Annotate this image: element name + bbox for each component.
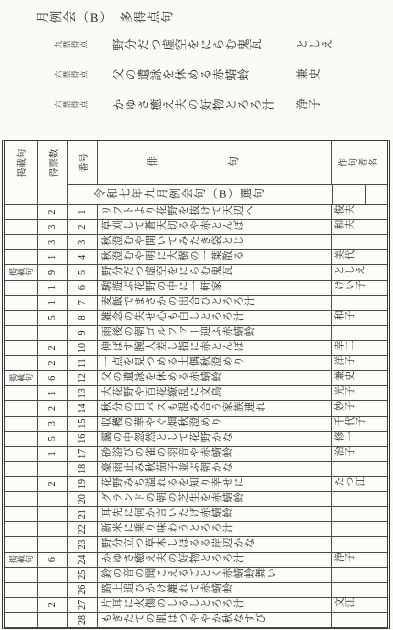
haiku-cell-text: 秋分の日バスも混み合う家族連れ	[101, 403, 266, 414]
entry-column: 26路上追ひかけ離れて赤蜻蛉	[5, 583, 387, 598]
entry-column: 21耳先に何か言いたげ赤蜻蛉	[5, 507, 387, 522]
published-cell	[5, 522, 38, 537]
author-cell: 和夫	[332, 220, 387, 235]
haiku-cell-text: 秋澄むや明に大樹の一葉散る	[101, 252, 244, 263]
author-cell-text: 文江	[334, 600, 355, 610]
votes-cell-text: 1	[47, 285, 58, 290]
haiku-cell-text: 父の遺詠を休める赤蜻蛉	[101, 373, 222, 384]
published-cell-text: 掲載句	[9, 556, 33, 564]
page-title: 月例会（B） 多得点句	[36, 9, 174, 27]
votes-cell: 3	[38, 417, 68, 432]
votes-cell-text: 5	[47, 315, 58, 320]
author-cell	[332, 296, 387, 311]
author-cell-text: としえ	[334, 268, 366, 278]
empty-split-cell	[333, 185, 387, 205]
number-cell: 22	[68, 522, 98, 537]
haiku-cell: 砂浴びの雀の羽音や赤蜻蛉	[98, 447, 332, 462]
number-cell: 4	[68, 250, 98, 265]
number-cell-text: 5	[77, 270, 88, 275]
published-cell	[5, 613, 38, 628]
haiku-cell: グランドの朝の芝生を赤蜻蛉	[98, 492, 332, 507]
votes-cell: 2	[38, 401, 68, 416]
entry-column: 315収穫の華やぐ畑秋澄めり千代子	[5, 417, 387, 432]
haiku-cell-text: 大花野や百花繚乱に文鳥	[101, 388, 222, 399]
number-cell: 11	[68, 356, 98, 371]
author-cell	[332, 613, 387, 628]
votes-cell-text: 2	[47, 602, 58, 607]
author-cell-text: 和子	[334, 313, 355, 323]
header-haiku: 俳 句	[98, 141, 332, 185]
number-cell: 26	[68, 583, 98, 598]
entry-column: 21リフトより花野を抜けて天辺へ俊夫	[5, 205, 387, 220]
entry-column: 32草刈して蒼天切るや赤とんぼ和夫	[5, 220, 387, 235]
author-cell	[332, 568, 387, 583]
author-cell: としえ	[332, 265, 387, 280]
votes-cell	[38, 613, 68, 628]
haiku-cell-text: 新米に乗り味わうとろろ汁	[101, 524, 233, 535]
published-cell: 掲載句	[5, 371, 38, 386]
entry-column: 16駒遊ぶ花野の中に一軒家けい子	[5, 281, 387, 296]
haiku-cell-text: リフトより花野を抜けて天辺へ	[101, 207, 255, 218]
haiku-cell-text: 路上追ひかけ離れて赤蜻蛉	[101, 585, 233, 596]
votes-cell	[38, 583, 68, 598]
votes-cell: 2	[38, 205, 68, 220]
number-cell-text: 2	[77, 225, 88, 230]
author-cell	[332, 522, 387, 537]
number-cell: 3	[68, 235, 98, 250]
votes-cell: 2	[38, 341, 68, 356]
published-cell	[5, 401, 38, 416]
entry-column: 117砂浴びの雀の羽音や赤蜻蛉治子	[5, 447, 387, 462]
haiku-cell-text: 花野みち溢れるを知り幸せに	[101, 479, 244, 490]
entry-column: 17麦飯でまさかの出合ひとろろ汁	[5, 296, 387, 311]
author-cell	[332, 583, 387, 598]
published-cell	[5, 477, 38, 492]
number-cell: 9	[68, 326, 98, 341]
entry-column: 214秋分の日バスも混み合う家族連れ妙子	[5, 401, 387, 416]
author-cell-text: 洋子	[334, 358, 355, 368]
number-cell: 21	[68, 507, 98, 522]
votes-cell	[38, 568, 68, 583]
haiku-cell: 路上追ひかけ離れて赤蜻蛉	[98, 583, 332, 598]
published-cell	[5, 326, 38, 341]
published-cell	[5, 235, 38, 250]
number-cell: 5	[68, 265, 98, 280]
number-cell-text: 24	[77, 555, 88, 565]
haiku-text: 父の遺詠を休める赤蜻蛉	[112, 66, 250, 83]
votes-cell-text: 3	[47, 225, 58, 230]
haiku-cell-text: 鈴の音の聞こえるごとく赤蜻蛉舞い	[101, 569, 277, 580]
haiku-text: 野分だつ虚空をにらむ鬼瓦	[112, 36, 262, 53]
haiku-cell-text: 野分だつ虚空をにらむ鬼瓦	[101, 267, 233, 278]
number-cell-text: 15	[77, 419, 88, 429]
number-cell-text: 13	[77, 388, 88, 398]
author-cell: 浄子	[332, 553, 387, 568]
published-cell	[5, 220, 38, 235]
votes-cell-text: 1	[47, 451, 58, 456]
header-number: 番号	[68, 141, 98, 185]
author-cell-text: 治子	[334, 449, 355, 459]
haiku-cell: 草刈して蒼天切るや赤とんぼ	[98, 220, 332, 235]
published-cell	[5, 341, 38, 356]
author-cell-text: 兼史	[334, 373, 355, 383]
votes-cell	[38, 507, 68, 522]
published-cell	[5, 568, 38, 583]
votes-cell: 3	[38, 220, 68, 235]
number-cell-text: 3	[77, 240, 88, 245]
header-column: 掲載句 得票数 番号 俳 句 作句者名	[5, 141, 387, 185]
entry-column: 211一点を見つめる土偶秋澄めり洋子	[5, 356, 387, 371]
number-cell: 16	[68, 432, 98, 447]
haiku-cell: 靄の中忽然として花野かな	[98, 432, 332, 447]
haiku-cell: 花野みち溢れるを知り幸せに	[98, 477, 332, 492]
haiku-cell: 豪雨止み秋茄子並ぶ朝かな	[98, 462, 332, 477]
top-haiku-line: 九票得点 野分だつ虚空をにらむ鬼瓦 としえ	[40, 32, 360, 58]
number-cell-text: 1	[77, 210, 88, 215]
votes-cell-text: 5	[47, 436, 58, 441]
entry-column: 14秋澄むや明に大樹の一葉散る美代	[5, 250, 387, 265]
number-cell-text: 14	[77, 403, 88, 413]
author-cell-text: 浄子	[334, 555, 355, 565]
haiku-cell: 父の遺詠を休める赤蜻蛉	[98, 371, 332, 386]
session-title-cell: 令和七年九月例会句（B）選句	[68, 185, 333, 205]
entry-column: 23野分立つ草木しほるる岸辺かな	[5, 537, 387, 552]
number-cell: 18	[68, 462, 98, 477]
haiku-cell: 耳先に何か言いたげ赤蜻蛉	[98, 507, 332, 522]
header-number-label: 番号	[76, 153, 90, 172]
number-cell-text: 22	[77, 524, 88, 534]
haiku-cell-text: 雨後の朝ゴルファー迎ふ赤蜻蛉	[101, 328, 255, 339]
author-cell	[332, 507, 387, 522]
haiku-author: 浄子	[296, 97, 321, 113]
number-cell: 19	[68, 477, 98, 492]
number-cell-text: 7	[77, 300, 88, 305]
haiku-cell: 雑念の失せ心も白しとろろ汁	[98, 311, 332, 326]
votes-cell: 2	[38, 356, 68, 371]
published-cell	[5, 432, 38, 447]
header-author-label: 作句者名	[334, 156, 378, 169]
haiku-cell: 雨後の朝ゴルファー迎ふ赤蜻蛉	[98, 326, 332, 341]
published-cell	[5, 537, 38, 552]
number-cell-text: 6	[77, 285, 88, 290]
votes-cell: 1	[38, 281, 68, 296]
author-cell-text: 幸二	[334, 343, 355, 353]
haiku-cell-text: 野分立つ草木しほるる岸辺かな	[101, 539, 255, 550]
votes-cell-text: 2	[47, 346, 58, 351]
author-cell	[332, 492, 387, 507]
empty-cell	[5, 185, 38, 205]
haiku-text: かゆさ癒え夫の好物とろろ汁	[112, 96, 275, 113]
number-cell: 13	[68, 386, 98, 401]
votes-cell: 2	[38, 598, 68, 613]
entry-column: 掲載句624かゆさ癒え夫の好物とろろ汁浄子	[5, 553, 387, 568]
haiku-cell-text: かゆさ癒え夫の好物とろろ汁	[101, 554, 244, 565]
published-cell	[5, 447, 38, 462]
haiku-cell: 片耳に火傷のしるしとろろ汁	[98, 598, 332, 613]
number-cell: 7	[68, 296, 98, 311]
haiku-cell: 鈴の音の聞こえるごとく赤蜻蛉舞い	[98, 568, 332, 583]
published-cell	[5, 598, 38, 613]
entry-column: 掲載句612父の遺詠を休める赤蜻蛉兼史	[5, 371, 387, 386]
author-cell	[332, 326, 387, 341]
haiku-cell: 大花野や百花繚乱に文鳥	[98, 386, 332, 401]
published-cell: 掲載句	[5, 265, 38, 280]
number-cell-text: 23	[77, 539, 88, 549]
published-cell-text: 掲載句	[9, 374, 33, 382]
number-cell-text: 18	[77, 464, 88, 474]
author-cell-text: 千代子	[334, 419, 366, 429]
votes-cell: 9	[38, 265, 68, 280]
haiku-cell: 秋分の日バスも混み合う家族連れ	[98, 401, 332, 416]
author-cell: 兼史	[332, 371, 387, 386]
number-cell: 14	[68, 401, 98, 416]
published-cell	[5, 492, 38, 507]
votes-cell: 1	[38, 447, 68, 462]
number-cell-text: 16	[77, 434, 88, 444]
author-cell: 妙子	[332, 401, 387, 416]
entry-column: 219花野みち溢れるを知り幸せにたつ江	[5, 477, 387, 492]
haiku-cell-text: 駒遊ぶ花野の中に一軒家	[101, 282, 222, 293]
haiku-cell: 秋澄むや明に大樹の一葉散る	[98, 250, 332, 265]
number-cell-text: 9	[77, 330, 88, 335]
top-haiku-line: 六票得点 かゆさ癒え夫の好物とろろ汁 浄子	[40, 92, 360, 118]
number-cell: 1	[68, 205, 98, 220]
number-cell-text: 8	[77, 315, 88, 320]
author-cell-text: 俊夫	[334, 207, 355, 217]
number-cell: 25	[68, 568, 98, 583]
votes-cell	[38, 492, 68, 507]
votes-cell	[38, 537, 68, 552]
haiku-cell-text: 雑念の失せ心も白しとろろ汁	[101, 313, 244, 324]
published-cell	[5, 462, 38, 477]
author-cell-text: 修一	[334, 434, 355, 444]
author-cell: 千代子	[332, 417, 387, 432]
haiku-author: 兼史	[296, 67, 321, 83]
published-cell	[5, 386, 38, 401]
votes-cell: 6	[38, 371, 68, 386]
number-cell-text: 28	[77, 615, 88, 625]
votes-cell: 1	[38, 296, 68, 311]
entry-column: 227片耳に火傷のしるしとろろ汁文江	[5, 598, 387, 613]
haiku-cell-text: 一点を見つめる土偶秋澄めり	[101, 358, 244, 369]
votes-cell	[38, 326, 68, 341]
votes-cell-text: 6	[47, 376, 58, 381]
haiku-cell-text: もぎたての肌はつややか秋なすび	[101, 615, 266, 626]
entry-column: 516靄の中忽然として花野かな修一	[5, 432, 387, 447]
author-cell	[332, 462, 387, 477]
score-label: 九票得点	[54, 39, 88, 50]
votes-cell-text: 9	[47, 270, 58, 275]
haiku-cell: 一点を見つめる土偶秋澄めり	[98, 356, 332, 371]
author-cell	[332, 235, 387, 250]
number-cell: 24	[68, 553, 98, 568]
haiku-cell-text: 耳先に何か言いたげ赤蜻蛉	[101, 509, 233, 520]
votes-cell: 3	[38, 235, 68, 250]
number-cell: 2	[68, 220, 98, 235]
number-cell: 12	[68, 371, 98, 386]
rotated-document: 月例会（B） 多得点句 九票得点 野分だつ虚空をにらむ鬼瓦 としえ 六票得点 父…	[0, 0, 393, 630]
header-votes-label: 得票数	[46, 149, 60, 178]
author-cell-text: 光子	[334, 388, 355, 398]
author-cell: 俊夫	[332, 205, 387, 220]
author-cell	[332, 537, 387, 552]
haiku-cell: 駒遊ぶ花野の中に一軒家	[98, 281, 332, 296]
number-cell-text: 25	[77, 570, 88, 580]
published-cell	[5, 356, 38, 371]
number-cell: 20	[68, 492, 98, 507]
votes-cell-text: 3	[47, 421, 58, 426]
votes-cell-text: 2	[47, 361, 58, 366]
author-cell: けい子	[332, 281, 387, 296]
entry-column: 58雑念の失せ心も白しとろろ汁和子	[5, 311, 387, 326]
empty-cell	[38, 185, 68, 205]
author-cell-text: 妙子	[334, 403, 355, 413]
number-cell: 10	[68, 341, 98, 356]
number-cell-text: 12	[77, 373, 88, 383]
votes-cell-text: 2	[47, 406, 58, 411]
published-cell: 掲載句	[5, 553, 38, 568]
header-haiku-label: 俳 句	[101, 155, 269, 170]
author-cell: 幸二	[332, 341, 387, 356]
author-cell: 修一	[332, 432, 387, 447]
entry-column: 33秋澄むや開いてみたき袋とじ	[5, 235, 387, 250]
votes-cell: 6	[38, 553, 68, 568]
haiku-cell: 野分だつ虚空をにらむ鬼瓦	[98, 265, 332, 280]
number-cell: 6	[68, 281, 98, 296]
haiku-cell-text: グランドの朝の芝生を赤蜻蛉	[101, 494, 244, 505]
published-cell	[5, 250, 38, 265]
haiku-cell-text: 靄の中忽然として花野かな	[101, 433, 233, 444]
number-cell-text: 17	[77, 449, 88, 459]
entry-column: 20グランドの朝の芝生を赤蜻蛉	[5, 492, 387, 507]
author-cell: 美代	[332, 250, 387, 265]
number-cell-text: 4	[77, 255, 88, 260]
author-cell: たつ江	[332, 477, 387, 492]
haiku-cell-text: 豪雨止み秋茄子並ぶ朝かな	[101, 464, 233, 475]
published-cell	[5, 583, 38, 598]
haiku-cell: リフトより花野を抜けて天辺へ	[98, 205, 332, 220]
published-cell	[5, 205, 38, 220]
published-cell	[5, 417, 38, 432]
entry-column: 210伸ばす腕人差し指に赤とんぼ幸二	[5, 341, 387, 356]
votes-cell-text: 3	[47, 240, 58, 245]
haiku-cell: 伸ばす腕人差し指に赤とんぼ	[98, 341, 332, 356]
author-cell: 光子	[332, 386, 387, 401]
published-cell-text: 掲載句	[9, 269, 33, 277]
author-cell-text: 和夫	[334, 222, 355, 232]
haiku-cell-text: 片耳に火傷のしるしとろろ汁	[101, 600, 244, 611]
number-cell-text: 21	[77, 509, 88, 519]
haiku-cell: 麦飯でまさかの出合ひとろろ汁	[98, 296, 332, 311]
score-label: 六票得点	[54, 69, 88, 80]
number-cell-text: 11	[77, 358, 88, 368]
votes-cell: 1	[38, 386, 68, 401]
number-cell: 8	[68, 311, 98, 326]
votes-cell: 5	[38, 432, 68, 447]
votes-cell	[38, 522, 68, 537]
votes-cell: 5	[38, 311, 68, 326]
haiku-cell-text: 草刈して蒼天切るや赤とんぼ	[101, 222, 244, 233]
haiku-cell: 収穫の華やぐ畑秋澄めり	[98, 417, 332, 432]
author-cell: 和子	[332, 311, 387, 326]
votes-cell-text: 1	[47, 300, 58, 305]
number-cell: 17	[68, 447, 98, 462]
haiku-cell-text: 麦飯でまさかの出合ひとろろ汁	[101, 297, 255, 308]
votes-cell-text: 2	[47, 210, 58, 215]
number-cell-text: 27	[77, 600, 88, 610]
author-cell-text: 美代	[334, 252, 355, 262]
haiku-author: としえ	[296, 37, 334, 53]
header-published: 掲載句	[5, 141, 38, 185]
entry-column: 28もぎたての肌はつややか秋なすび	[5, 613, 387, 628]
author-cell-text: たつ江	[334, 479, 366, 489]
author-cell: 治子	[332, 447, 387, 462]
number-cell: 15	[68, 417, 98, 432]
header-votes: 得票数	[38, 141, 68, 185]
header-published-label: 掲載句	[14, 149, 28, 178]
entry-column: 113大花野や百花繚乱に文鳥光子	[5, 386, 387, 401]
score-label: 六票得点	[54, 99, 88, 110]
session-title-text: 令和七年九月例会句（B）選句	[94, 187, 265, 203]
session-title-column: 令和七年九月例会句（B）選句	[5, 185, 387, 205]
number-cell-text: 26	[77, 585, 88, 595]
haiku-cell-text: 伸ばす腕人差し指に赤とんぼ	[101, 343, 244, 354]
header-author: 作句者名	[332, 141, 387, 185]
votes-cell-text: 1	[47, 255, 58, 260]
haiku-cell: 野分立つ草木しほるる岸辺かな	[98, 537, 332, 552]
haiku-cell: 秋澄むや開いてみたき袋とじ	[98, 235, 332, 250]
votes-cell-text: 1	[47, 391, 58, 396]
entry-column: 22新米に乗り味わうとろろ汁	[5, 522, 387, 537]
votes-cell: 1	[38, 250, 68, 265]
entry-column: 掲載句95野分だつ虚空をにらむ鬼瓦としえ	[5, 265, 387, 280]
votes-cell-text: 6	[47, 557, 58, 562]
published-cell	[5, 311, 38, 326]
scanned-sheet: 月例会（B） 多得点句 九票得点 野分だつ虚空をにらむ鬼瓦 としえ 六票得点 父…	[0, 0, 393, 630]
author-cell-text: けい子	[334, 283, 366, 293]
top-haiku-line: 六票得点 父の遺詠を休める赤蜻蛉 兼史	[40, 62, 360, 88]
entry-column: 9雨後の朝ゴルファー迎ふ赤蜻蛉	[5, 326, 387, 341]
entry-column: 25鈴の音の聞こえるごとく赤蜻蛉舞い	[5, 568, 387, 583]
votes-cell-text: 2	[47, 482, 58, 487]
votes-cell	[38, 462, 68, 477]
number-cell: 23	[68, 537, 98, 552]
number-cell-text: 19	[77, 479, 88, 489]
published-cell	[5, 296, 38, 311]
author-cell: 洋子	[332, 356, 387, 371]
number-cell-text: 20	[77, 494, 88, 504]
number-cell: 28	[68, 613, 98, 628]
author-cell: 文江	[332, 598, 387, 613]
haiku-cell: もぎたての肌はつややか秋なすび	[98, 613, 332, 628]
haiku-cell-text: 収穫の華やぐ畑秋澄めり	[101, 418, 222, 429]
published-cell	[5, 507, 38, 522]
haiku-cell: 新米に乗り味わうとろろ汁	[98, 522, 332, 537]
number-cell-text: 10	[77, 343, 88, 353]
haiku-cell: かゆさ癒え夫の好物とろろ汁	[98, 553, 332, 568]
number-cell: 27	[68, 598, 98, 613]
haiku-cell-text: 秋澄むや開いてみたき袋とじ	[101, 237, 244, 248]
published-cell	[5, 281, 38, 296]
entry-column: 18豪雨止み秋茄子並ぶ朝かな	[5, 462, 387, 477]
results-table: 掲載句 得票数 番号 俳 句 作句者名 令和七年九月例	[2, 140, 390, 629]
votes-cell: 2	[38, 477, 68, 492]
haiku-cell-text: 砂浴びの雀の羽音や赤蜻蛉	[101, 449, 233, 460]
